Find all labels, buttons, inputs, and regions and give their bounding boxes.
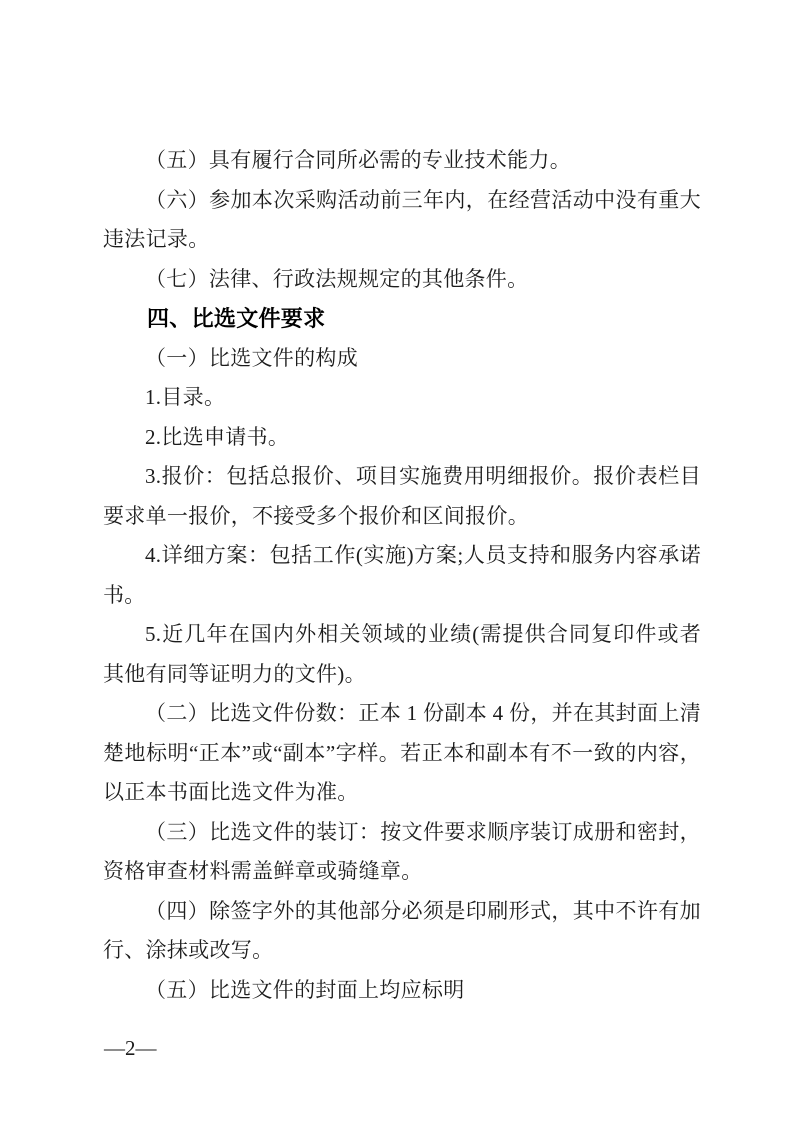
paragraph-list-catalog: 1.目录。 <box>103 378 701 418</box>
page-footer: —2— <box>104 1036 157 1060</box>
paragraph-list-detailed-plan: 4.详细方案：包括工作(实施)方案;人员支持和服务内容承诺书。 <box>103 536 701 615</box>
paragraph-list-quotation: 3.报价：包括总报价、项目实施费用明细报价。报价表栏目要求单一报价，不接受多个报… <box>103 457 701 536</box>
paragraph-doc-printed-form: （四）除签字外的其他部分必须是印刷形式，其中不许有加行、涂抹或改写。 <box>103 892 701 971</box>
paragraph-item-5-capability: （五）具有履行合同所必需的专业技术能力。 <box>103 141 701 181</box>
paragraph-doc-cover-marking: （五）比选文件的封面上均应标明 <box>103 971 701 1011</box>
section-heading-bixuan-requirements: 四、比选文件要求 <box>103 299 701 339</box>
paragraph-item-6-no-violations: （六）参加本次采购活动前三年内，在经营活动中没有重大违法记录。 <box>103 181 701 260</box>
paragraph-doc-composition: （一）比选文件的构成 <box>103 339 701 379</box>
paragraph-item-7-other-conditions: （七）法律、行政法规规定的其他条件。 <box>103 260 701 300</box>
paragraph-doc-binding: （三）比选文件的装订：按文件要求顺序装订成册和密封，资格审查材料需盖鲜章或骑缝章… <box>103 813 701 892</box>
paragraph-list-application: 2.比选申请书。 <box>103 418 701 458</box>
document-body: （五）具有履行合同所必需的专业技术能力。 （六）参加本次采购活动前三年内，在经营… <box>103 141 701 1010</box>
paragraph-list-track-record: 5.近几年在国内外相关领域的业绩(需提供合同复印件或者其他有同等证明力的文件)。 <box>103 615 701 694</box>
document-page: （五）具有履行合同所必需的专业技术能力。 （六）参加本次采购活动前三年内，在经营… <box>0 0 794 1123</box>
page-number: —2— <box>104 1036 157 1060</box>
paragraph-doc-copies: （二）比选文件份数：正本 1 份副本 4 份，并在其封面上清楚地标明“正本”或“… <box>103 694 701 813</box>
